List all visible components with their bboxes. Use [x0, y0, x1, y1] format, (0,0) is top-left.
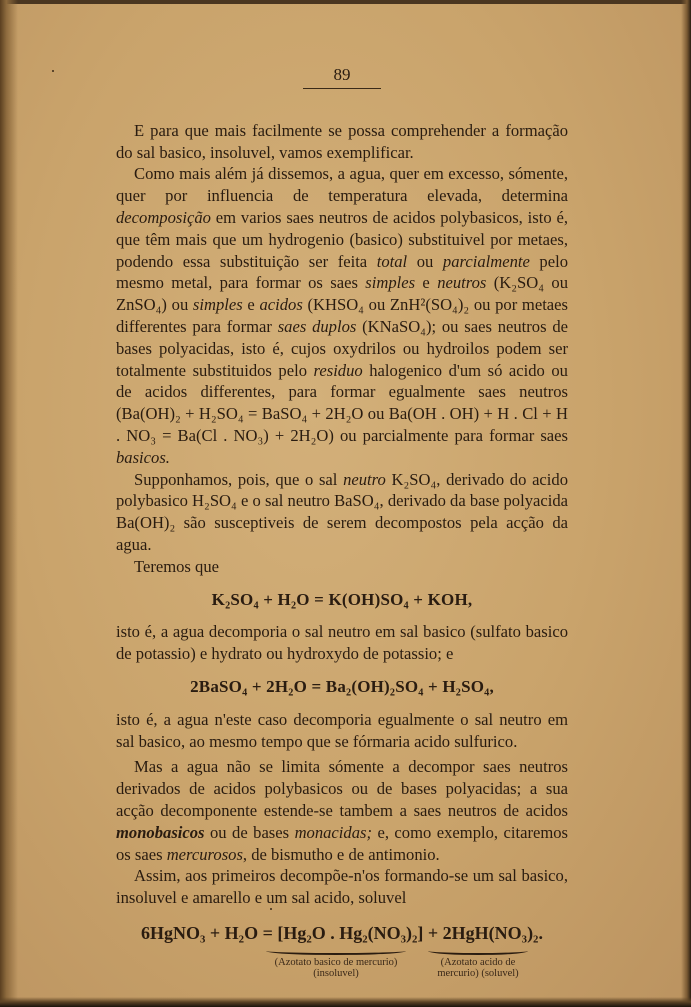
emphasis-text: parcialmente [443, 252, 530, 271]
body-text: E para que mais facilmente se possa comp… [116, 121, 568, 162]
annotation-line: (insoluvel) [256, 968, 416, 979]
paragraph-1: E para que mais facilmente se possa comp… [116, 120, 568, 164]
page-bottom-edge [0, 997, 691, 1007]
equation-3: 6HgNO₃ + H₂O = [Hg₂O . Hg₂(NO₃)₂] + 2HgH… [116, 923, 568, 979]
book-gutter-shadow [0, 0, 18, 1007]
emphasis-text: residuo [314, 361, 363, 380]
underbrace-2 [428, 947, 528, 955]
body-text: e [415, 273, 437, 292]
emphasis-text: neutro [343, 470, 386, 489]
body-text: ou [407, 252, 443, 271]
body-text: e [243, 295, 260, 314]
eq3-term-acid-nitrate: 2HgH(NO₃)₂. [443, 923, 543, 943]
annotation-line: (Azotato basico de mercurio) [256, 957, 416, 968]
p7-text: Mas a agua não se limita sómente a decom… [116, 757, 568, 820]
annotation-acid-nitrate: (Azotato acido de mercurio) (soluvel) [418, 957, 538, 979]
emphasis-text: simples [193, 295, 243, 314]
paragraph-8: Assim, aos primeiros decompõe-n'os forma… [116, 865, 568, 909]
annotation-line: (Azotato acido de [418, 957, 538, 968]
equation-1: K₂SO₄ + H₂O = K(OH)SO₄ + KOH, [116, 589, 568, 611]
body-text: Supponhamos, pois, que o sal [134, 470, 343, 489]
paragraph-4: Teremos que [116, 556, 568, 578]
emphasis-text: total [377, 252, 407, 271]
emphasis-text: saes duplos [278, 317, 357, 336]
paragraph-2: Como mais além já dissemos, a agua, quer… [116, 163, 568, 468]
eq3-lhs: 6HgNO₃ + H₂O = [141, 923, 277, 943]
paragraph-3: Supponhamos, pois, que o sal neutro K₂SO… [116, 469, 568, 556]
paper-speck [52, 70, 54, 72]
paragraph-5: isto é, a agua decomporia o sal neutro e… [116, 621, 568, 665]
underbrace-1 [266, 947, 406, 955]
eq3-term-basic-nitrate: [Hg₂O . Hg₂(NO₃)₂] [277, 923, 423, 943]
emphasis-text: basicos. [116, 448, 170, 467]
page-number-rule [303, 88, 381, 89]
emphasis-text: simples [365, 273, 415, 292]
page-right-edge [681, 0, 691, 1007]
body-text: Teremos que [134, 557, 219, 576]
emphasis-text: neutros [437, 273, 486, 292]
equation-2: 2BaSO₄ + 2H₂O = Ba₂(OH)₂SO₄ + H₂SO₄, [116, 676, 568, 698]
scanned-book-page: 89 E para que mais facilmente se possa c… [0, 0, 691, 1007]
paragraph-6: isto é, a agua n'este caso decomporia eg… [116, 709, 568, 753]
emphasis-text: decomposição [116, 208, 211, 227]
annotation-line: mercurio) (soluvel) [418, 968, 538, 979]
p7-text: , de bismutho e de antimonio. [243, 845, 440, 864]
annotation-basic-nitrate: (Azotato basico de mercurio) (insoluvel) [256, 957, 416, 979]
page-top-edge [0, 0, 691, 4]
page-number: 89 [116, 64, 568, 86]
p7-text: ou de bases [205, 823, 295, 842]
emphasis-text: acidos [259, 295, 302, 314]
page-body: 89 E para que mais facilmente se possa c… [116, 64, 568, 979]
body-text: Como mais além já dissemos, a agua, quer… [116, 164, 568, 205]
paragraph-7: Mas a agua não se limita sómente a decom… [116, 756, 568, 865]
eq3-plus: + [423, 923, 442, 943]
p7-emphasis: mercurosos [167, 845, 243, 864]
p7-emphasis: monacidas; [295, 823, 372, 842]
p7-emphasis: monobasicos [116, 823, 205, 842]
